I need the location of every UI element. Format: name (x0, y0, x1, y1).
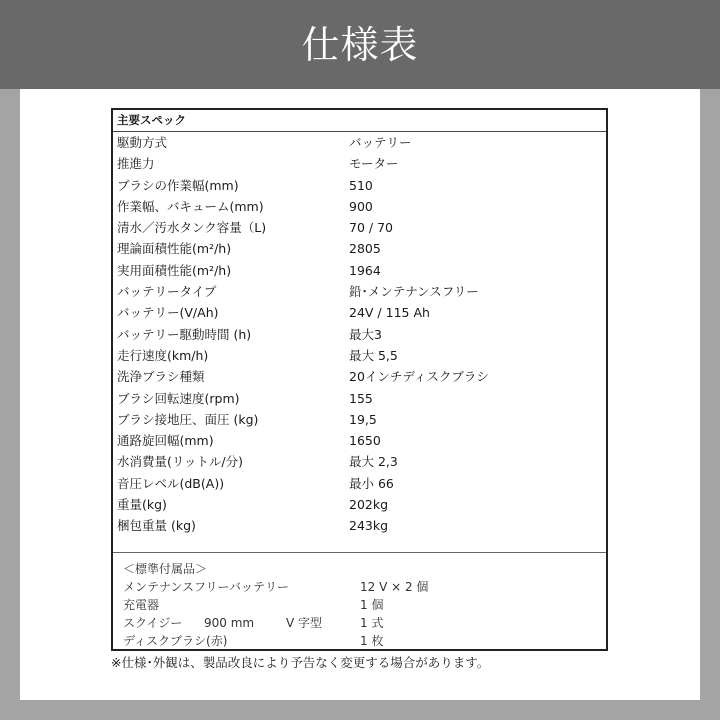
disclaimer-note: ※仕様･外観は、製品改良により予告なく変更する場合があります。 (111, 654, 489, 672)
row-label: 梱包重量 (kg) (117, 515, 196, 536)
table-row: 推進力モーター (113, 153, 606, 174)
accessory-name: ディスクブラシ(赤) (123, 632, 227, 647)
row-label: ブラシ回転速度(rpm) (117, 388, 240, 409)
table-row: バッテリー(V/Ah)24V / 115 Ah (113, 302, 606, 323)
accessory-name: スクイジー (123, 614, 182, 632)
row-value: モーター (349, 153, 399, 174)
row-label: 走行速度(km/h) (117, 345, 208, 366)
row-value: 202kg (349, 494, 388, 515)
row-value: 70 / 70 (349, 217, 393, 238)
row-label: 駆動方式 (117, 132, 167, 153)
row-value: 24V / 115 Ah (349, 302, 430, 323)
accessory-name: 充電器 (123, 596, 159, 614)
row-label: 推進力 (117, 153, 155, 174)
row-label: ブラシ接地圧、面圧 (kg) (117, 409, 258, 430)
accessories-title: ＜標準付属品＞ (123, 560, 207, 578)
table-row: 梱包重量 (kg)243kg (113, 515, 606, 536)
table-row: 重量(kg)202kg (113, 494, 606, 515)
row-label: 音圧レベル(dB(A)) (117, 473, 224, 494)
accessory-quantity: 1 個 (360, 596, 383, 614)
row-label: 実用面積性能(m²/h) (117, 260, 231, 281)
row-label: 理論面積性能(m²/h) (117, 238, 231, 259)
row-label: 通路旋回幅(mm) (117, 430, 214, 451)
accessory-item: メンテナンスフリーバッテリー 12 V × 2 個 (113, 578, 606, 596)
row-value: 最小 66 (349, 473, 394, 494)
table-row: ブラシの作業幅(mm)510 (113, 175, 606, 196)
accessory-spec: 900 mm (204, 614, 254, 632)
row-label: バッテリー(V/Ah) (117, 302, 219, 323)
row-value: 鉛･メンテナンスフリー (349, 281, 479, 302)
table-heading: 主要スペック (113, 110, 606, 132)
table-row: 通路旋回幅(mm)1650 (113, 430, 606, 451)
spec-rows: 駆動方式バッテリー 推進力モーター ブラシの作業幅(mm)510 作業幅、バキュ… (113, 132, 606, 537)
spec-table: 主要スペック 駆動方式バッテリー 推進力モーター ブラシの作業幅(mm)510 … (111, 108, 608, 651)
accessory-name: メンテナンスフリーバッテリー (123, 578, 289, 596)
row-value: 最大3 (349, 324, 382, 345)
row-value: 900 (349, 196, 373, 217)
accessory-item: スクイジー 900 mm V 字型 1 式 (113, 614, 606, 632)
row-value: 最大 2,3 (349, 451, 398, 472)
accessory-type: V 字型 (286, 614, 322, 632)
accessory-quantity: 12 V × 2 個 (360, 578, 428, 596)
table-row: 実用面積性能(m²/h)1964 (113, 260, 606, 281)
row-label: 水消費量(リットル/分) (117, 451, 243, 472)
row-label: 洗浄ブラシ種類 (117, 366, 205, 387)
row-label: ブラシの作業幅(mm) (117, 175, 239, 196)
accessory-quantity: 1 枚 (360, 632, 383, 647)
row-label: バッテリー駆動時間 (h) (117, 324, 251, 345)
table-row: 理論面積性能(m²/h)2805 (113, 238, 606, 259)
row-value: 155 (349, 388, 373, 409)
section-divider (113, 552, 606, 553)
accessory-item: ディスクブラシ(赤) 1 枚 (113, 632, 606, 647)
row-value: 2805 (349, 238, 381, 259)
page-header: 仕様表 (0, 0, 720, 89)
table-row: 走行速度(km/h)最大 5,5 (113, 345, 606, 366)
table-row: バッテリータイプ鉛･メンテナンスフリー (113, 281, 606, 302)
accessory-quantity: 1 式 (360, 614, 383, 632)
table-row: 洗浄ブラシ種類20インチディスクブラシ (113, 366, 606, 387)
row-value: バッテリー (349, 132, 412, 153)
row-value: 19,5 (349, 409, 377, 430)
row-label: 清水／汚水タンク容量（L) (117, 217, 266, 238)
table-row: ブラシ回転速度(rpm)155 (113, 388, 606, 409)
table-row: 水消費量(リットル/分)最大 2,3 (113, 451, 606, 472)
table-row: バッテリー駆動時間 (h)最大3 (113, 324, 606, 345)
row-value: 最大 5,5 (349, 345, 398, 366)
row-label: 重量(kg) (117, 494, 167, 515)
content-panel: 主要スペック 駆動方式バッテリー 推進力モーター ブラシの作業幅(mm)510 … (20, 89, 700, 700)
page-title: 仕様表 (301, 14, 418, 69)
row-value: 243kg (349, 515, 388, 536)
table-row: 作業幅、バキューム(mm)900 (113, 196, 606, 217)
row-label: 作業幅、バキューム(mm) (117, 196, 264, 217)
table-row: ブラシ接地圧、面圧 (kg)19,5 (113, 409, 606, 430)
accessory-item: 充電器 1 個 (113, 596, 606, 614)
row-value: 1650 (349, 430, 381, 451)
table-row: 駆動方式バッテリー (113, 132, 606, 153)
row-value: 20インチディスクブラシ (349, 366, 489, 387)
row-label: バッテリータイプ (117, 281, 216, 302)
row-value: 1964 (349, 260, 381, 281)
row-value: 510 (349, 175, 373, 196)
table-row: 清水／汚水タンク容量（L)70 / 70 (113, 217, 606, 238)
table-row: 音圧レベル(dB(A))最小 66 (113, 473, 606, 494)
